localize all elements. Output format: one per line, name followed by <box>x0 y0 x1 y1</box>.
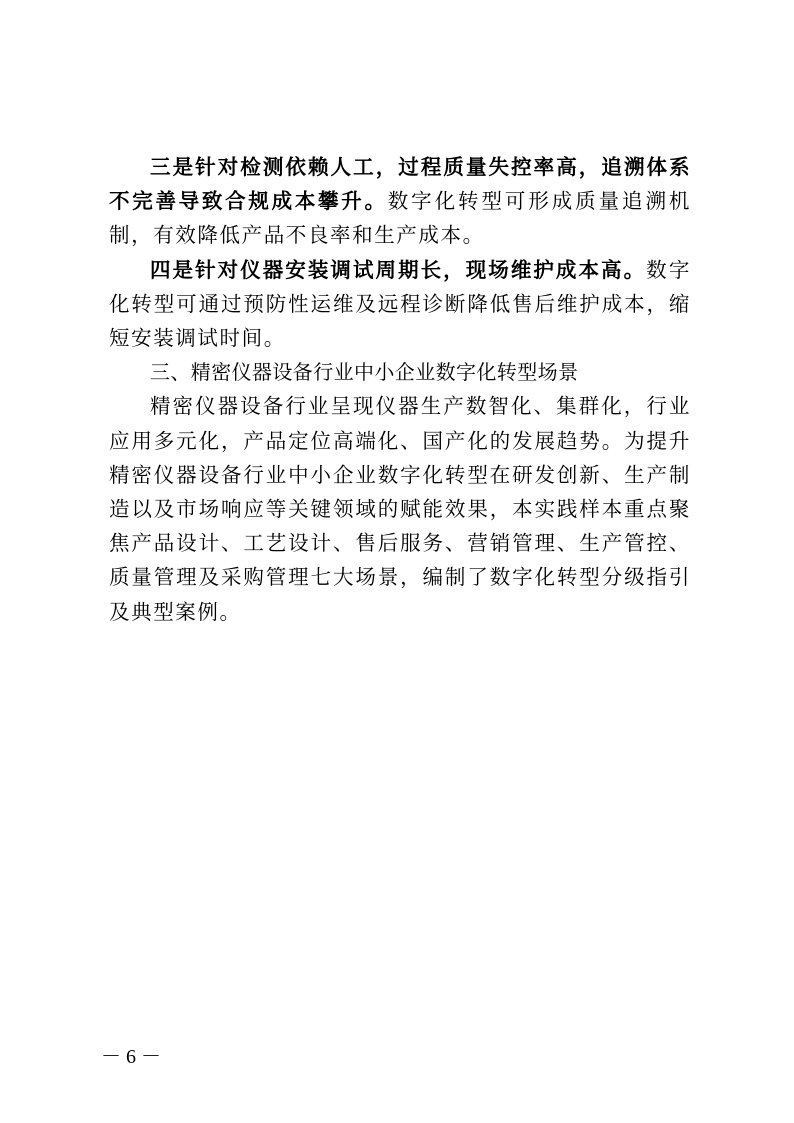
paragraph-lead-bold: 四是针对仪器安装调试周期长，现场维护成本高。 <box>150 258 646 282</box>
document-page: 三是针对检测依赖人工，过程质量失控率高，追溯体系不完善导致合规成本攀升。数字化转… <box>109 150 691 629</box>
paragraph-point-three: 三是针对检测依赖人工，过程质量失控率高，追溯体系不完善导致合规成本攀升。数字化转… <box>109 150 691 253</box>
section-body-paragraph: 精密仪器设备行业呈现仪器生产数智化、集群化，行业应用多元化，产品定位高端化、国产… <box>109 389 691 628</box>
section-heading: 三、精密仪器设备行业中小企业数字化转型场景 <box>109 355 691 389</box>
page-number: － 6 － <box>101 1040 161 1069</box>
paragraph-point-four: 四是针对仪器安装调试周期长，现场维护成本高。数字化转型可通过预防性运维及远程诊断… <box>109 253 691 356</box>
